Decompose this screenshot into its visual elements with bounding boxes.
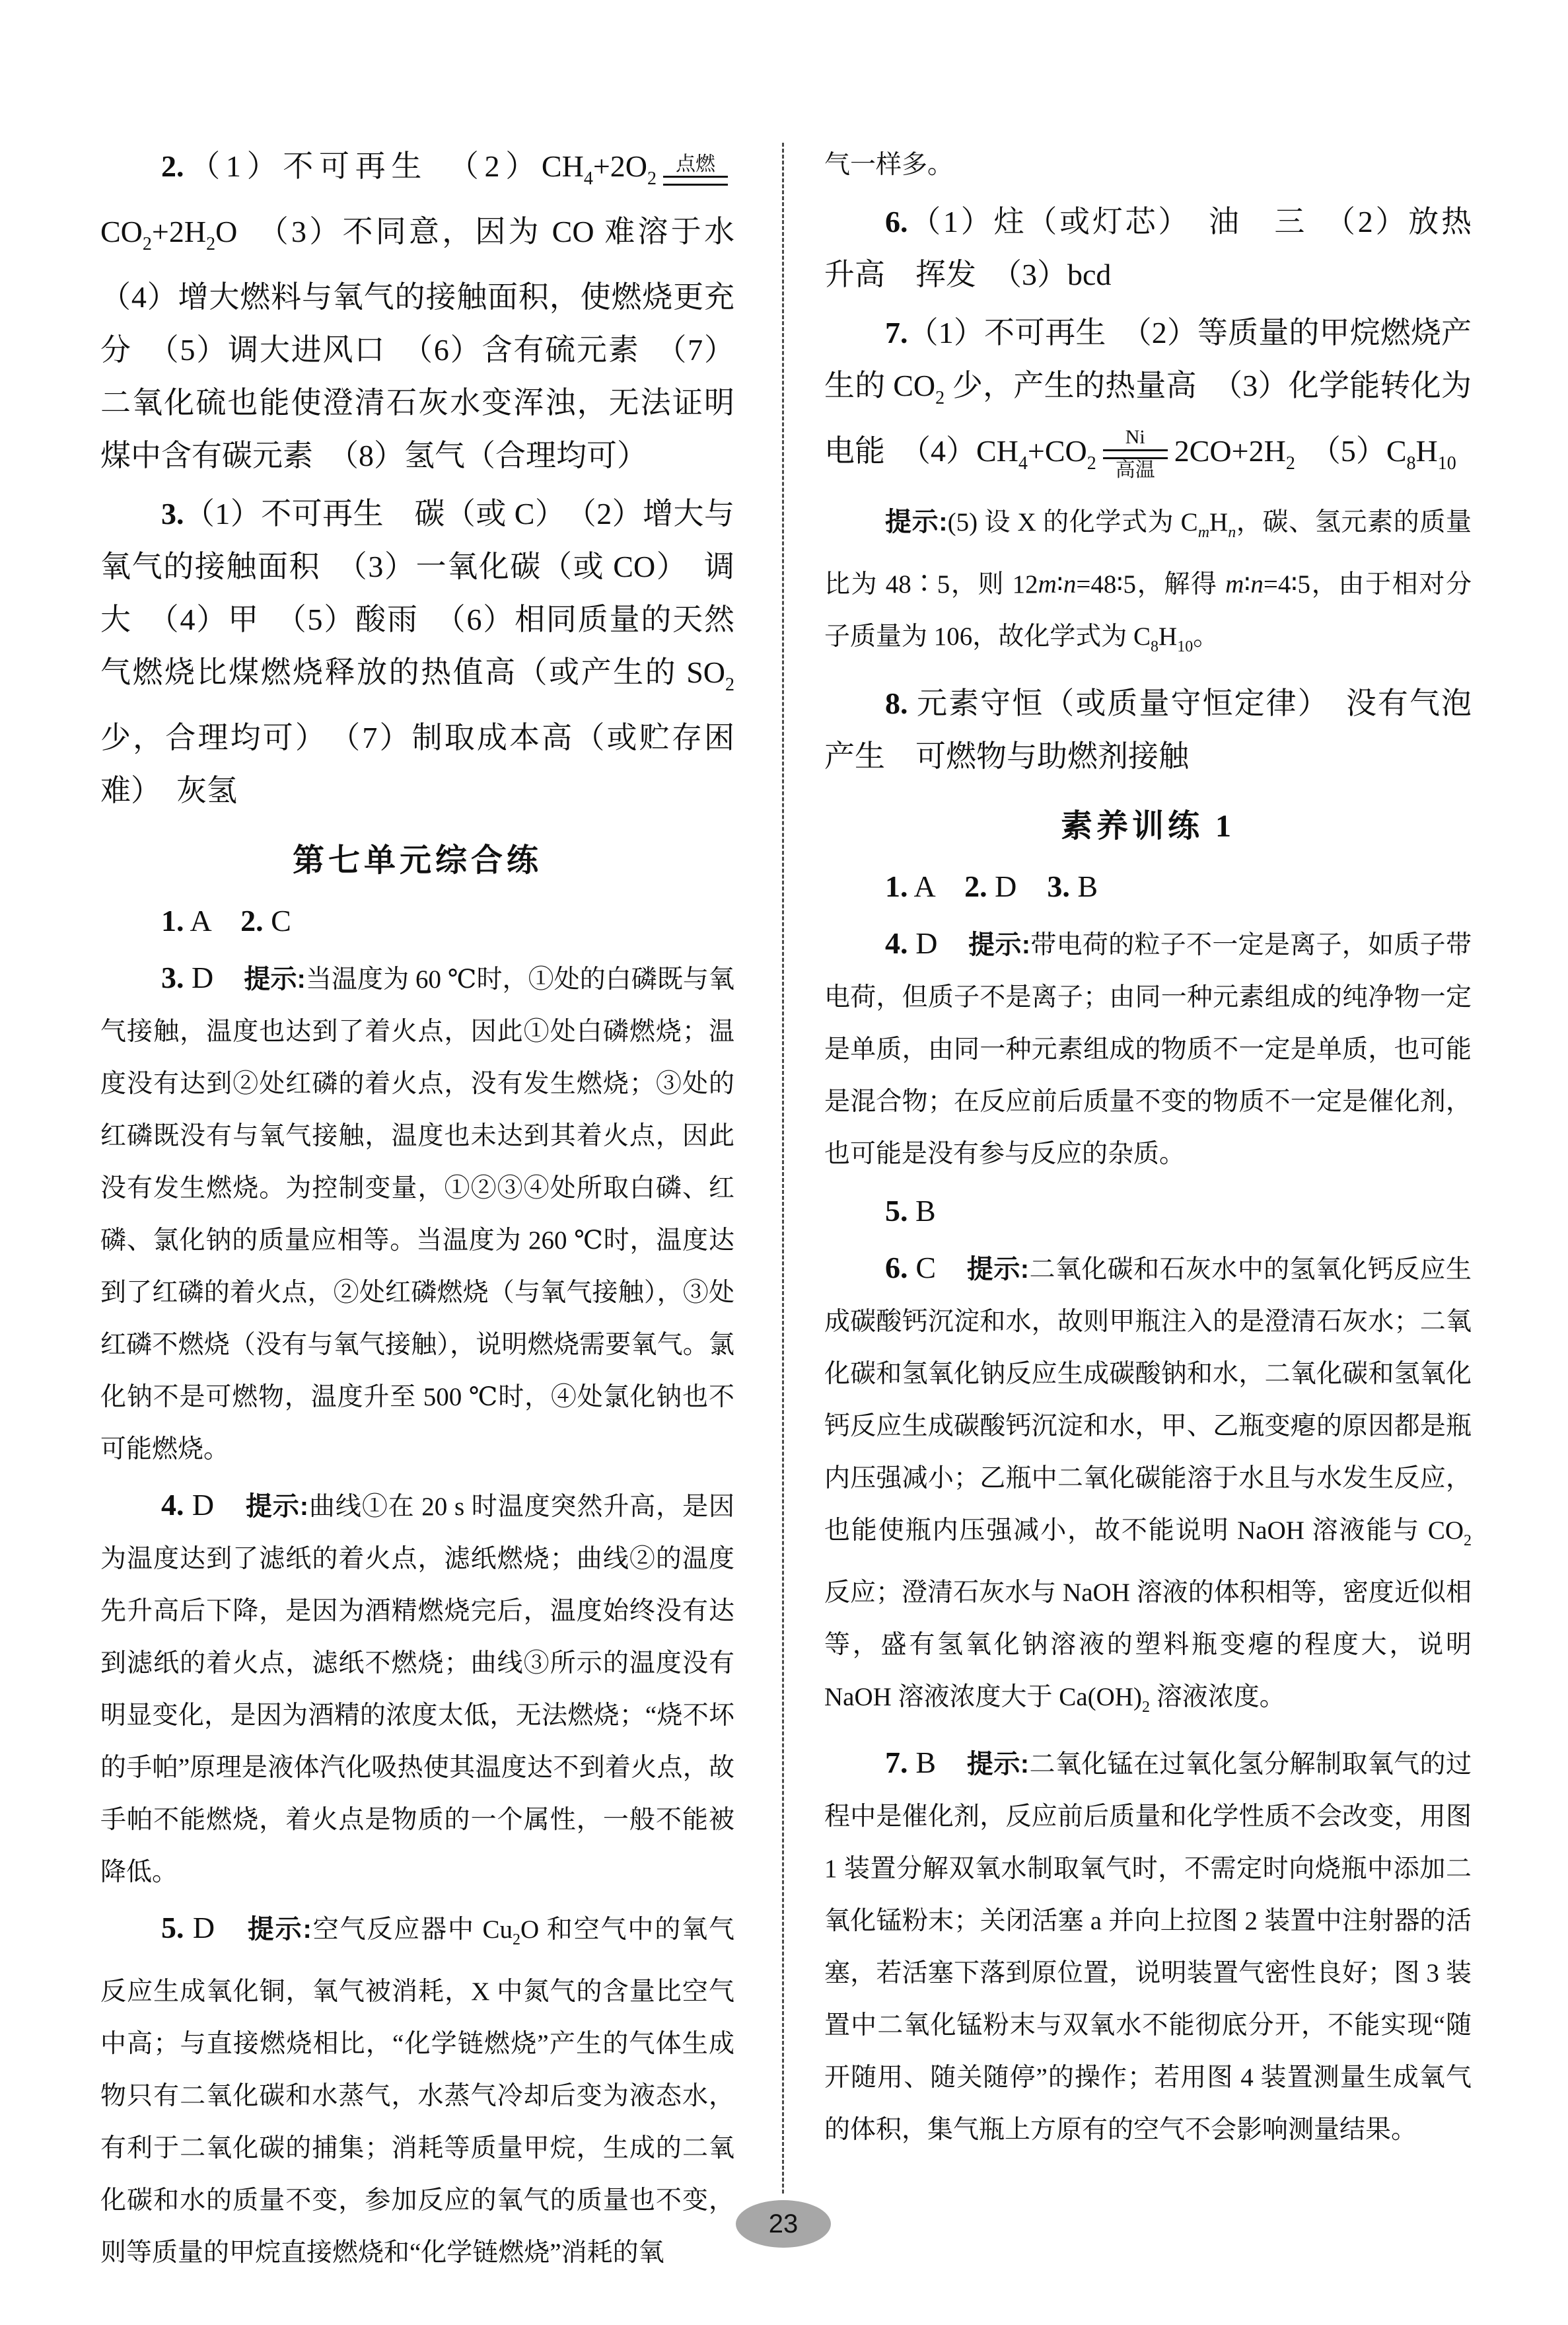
text-run: 带电荷的粒子不一定是离子，如质子带电荷，但质子不是离子；由同一种元素组成的纯净物… [824, 931, 1472, 1168]
double-equals-line [663, 176, 728, 186]
text-run: ∶ [1057, 570, 1063, 599]
text-run: (5) 设 X 的化学式为 C [948, 508, 1198, 536]
text-run: （1）不可再生 碳（或 C） （2）增大与氧气的接触面积 （3）一氧化碳（或 C… [100, 497, 734, 689]
reaction-condition-equals: 点燃 [663, 153, 728, 186]
answer-item-6-hint: 6. C 提示:二氧化碳和石灰水中的氢氧化钙反应生成碳酸钙沉淀和水，故则甲瓶注入… [824, 1243, 1472, 1732]
text-run: 2 [1087, 453, 1096, 474]
text-run: 1. [161, 904, 184, 938]
answer-key-page: 2.（1）不可再生 （2）CH4+2O2点燃CO2+2H2O （3）不同意，因为… [0, 0, 1568, 2325]
text-run: 4. [885, 926, 908, 960]
text-run: 元素守恒（或质量守恒定律） 没有气泡产生 可燃物与助燃剂接触 [824, 686, 1472, 773]
section-heading-unit7: 第七单元综合练 [100, 834, 734, 880]
answer-item-5-b: 5. B [824, 1185, 1472, 1237]
answer-item-7: 7.（1）不可再生 （2）等质量的甲烷燃烧产生的 CO2 少，产生的热量高 （3… [824, 307, 1472, 490]
text-run: D [184, 961, 244, 994]
text-run: H [1416, 434, 1438, 468]
left-column: 2.（1）不可再生 （2）CH4+2O2点燃CO2+2H2O （3）不同意，因为… [100, 140, 734, 2283]
text-run: 气一样多。 [824, 151, 953, 179]
text-run: H [1158, 622, 1177, 651]
text-run: 3. [161, 961, 184, 994]
text-run: 二氧化碳和石灰水中的氢氧化钙反应生成碳酸钙沉淀和水，故则甲瓶注入的是澄清石灰水；… [824, 1255, 1472, 1545]
text-run: +2H [152, 215, 206, 248]
text-run: 2 [725, 675, 734, 695]
page-number-badge: 23 [736, 2200, 831, 2248]
text-run: CO [100, 215, 143, 248]
text-run: H [1209, 508, 1228, 536]
text-run: 8 [1407, 453, 1416, 474]
text-run: 提示: [968, 930, 1030, 959]
text-run: 3. [1047, 869, 1070, 903]
condition-above-line: 点燃 [673, 153, 718, 176]
text-run: 。 [1193, 622, 1219, 651]
text-run: 2 [513, 1931, 520, 1948]
condition-below-line: 高温 [1113, 459, 1158, 482]
text-run: 5. [161, 1911, 184, 1944]
text-run: C [908, 1251, 967, 1284]
section-heading-suyang-1: 素养训练 1 [824, 800, 1472, 846]
text-run: 空气反应器中 Cu [312, 1915, 513, 1944]
text-run: 4. [161, 1488, 184, 1522]
text-run: 10 [1438, 453, 1456, 474]
answer-item-4-hint-2: 4. D 提示:带电荷的粒子不一定是离子，如质子带电荷，但质子不是离子；由同一种… [824, 918, 1472, 1179]
hint-item-7-5: 提示:(5) 设 X 的化学式为 CmHn，碳、氢元素的质量比为 48∶5，则 … [824, 496, 1472, 672]
answer-item-2: 2.（1）不可再生 （2）CH4+2O2点燃CO2+2H2O （3）不同意，因为… [100, 140, 734, 482]
text-run: n [1063, 570, 1077, 599]
text-run: 2 [1286, 453, 1295, 474]
text-run: 提示: [248, 1915, 312, 1944]
right-column: 气一样多。6.（1）炷（或灯芯） 油 三 （2）放热 升高 挥发 （3）bcd7… [824, 140, 1472, 2160]
text-run: B [908, 1746, 967, 1779]
text-run: 1. [885, 869, 908, 903]
text-run: 2CO+2H [1174, 434, 1286, 468]
text-run: 2 [935, 388, 944, 408]
double-equals-line [1103, 449, 1168, 459]
page-number: 23 [769, 2209, 799, 2239]
text-run: 2 [143, 234, 152, 254]
text-run: O 和空气中的氧气反应生成氧化铜，氧气被消耗，X 中氮气的含量比空气中高；与直接… [100, 1915, 734, 2267]
text-run: 2 [1142, 1699, 1150, 1716]
text-run: （1）不可再生 （2）CH [184, 149, 584, 183]
text-run: （5）C [1295, 434, 1407, 468]
text-run: D [987, 869, 1048, 903]
text-run: 反应；澄清石灰水与 NaOH 溶液的体积相等，密度近似相等，盛有氢氧化钠溶液的塑… [824, 1516, 1478, 1711]
text-run: 2 [206, 234, 215, 254]
condition-above-line: Ni [1123, 426, 1148, 449]
text-run: 2. [240, 904, 264, 938]
text-run: 提示: [967, 1255, 1029, 1284]
text-run: n [1228, 524, 1236, 541]
text-run: ∶ [1244, 570, 1250, 599]
text-run: A [908, 869, 965, 903]
text-run: 当温度为 60 ℃时，①处的白磷既与氧气接触，温度也达到了着火点，因此①处白磷燃… [100, 965, 734, 1463]
text-run: 6. [885, 1251, 908, 1284]
text-run: 2. [964, 869, 987, 903]
text-run: n [1250, 570, 1264, 599]
text-run: （1）炷（或灯芯） 油 三 （2）放热 升高 挥发 （3）bcd [824, 205, 1502, 291]
answer-item-7-hint: 7. B 提示:二氧化锰在过氧化氢分解制取氧气的过程中是催化剂，反应前后质量和化… [824, 1738, 1472, 2155]
answer-item-6: 6.（1）炷（或灯芯） 油 三 （2）放热 升高 挥发 （3）bcd [824, 196, 1472, 301]
text-run: 提示: [885, 507, 948, 536]
answer-item-5-hint: 5. D 提示:空气反应器中 Cu2O 和空气中的氧气反应生成氧化铜，氧气被消耗… [100, 1903, 734, 2278]
text-run: 10 [1177, 638, 1193, 655]
text-run: 6. [885, 205, 908, 239]
text-run: 2 [1464, 1532, 1472, 1549]
text-run: 7. [885, 1746, 908, 1779]
text-run: 提示: [967, 1750, 1029, 1779]
answer-item-3-hint: 3. D 提示:当温度为 60 ℃时，①处的白磷既与氧气接触，温度也达到了着火点… [100, 953, 734, 1475]
text-run: 溶液浓度。 [1150, 1683, 1285, 1711]
text-run: 3. [161, 497, 184, 531]
text-run: 4 [584, 168, 593, 189]
text-run: 曲线①在 20 s 时温度突然升高，是因为温度达到了滤纸的着火点，滤纸燃烧；曲线… [100, 1493, 734, 1886]
text-run: C [264, 904, 291, 938]
answer-item-4-hint: 4. D 提示:曲线①在 20 s 时温度突然升高，是因为温度达到了滤纸的着火点… [100, 1480, 734, 1898]
text-run: O （3）不同意，因为 CO 难溶于水 （4）增大燃料与氧气的接触面积，使燃烧更… [100, 215, 765, 472]
hint-continuation: 气一样多。 [824, 140, 1472, 190]
text-run: 2 [647, 168, 657, 189]
text-run: m [1038, 570, 1057, 599]
text-run: m [1198, 524, 1209, 541]
text-run: 7. [885, 316, 908, 350]
text-run: +2O [593, 149, 647, 183]
text-run: 8. [885, 686, 908, 720]
text-run: 二氧化锰在过氧化氢分解制取氧气的过程中是催化剂，反应前后质量和化学性质不会改变，… [824, 1750, 1478, 2144]
text-run: 提示: [244, 965, 305, 994]
text-run: =48∶5，解得 [1076, 570, 1225, 599]
text-run: D [908, 926, 969, 960]
column-divider-dashed-line [782, 143, 784, 2194]
text-run: D [184, 1911, 248, 1944]
text-run: m [1225, 570, 1244, 599]
text-run: B [1070, 869, 1098, 903]
text-run: 8 [1151, 638, 1158, 655]
text-run: 5. [885, 1194, 908, 1228]
answers-row-1: 1. A 2. C [100, 895, 734, 947]
text-run: +CO [1028, 434, 1087, 468]
answers-row-2: 1. A 2. D 3. B [824, 860, 1472, 913]
reaction-condition-equals: Ni高温 [1103, 426, 1168, 482]
text-run: 4 [1018, 453, 1028, 474]
answer-item-3: 3.（1）不可再生 碳（或 C） （2）增大与氧气的接触面积 （3）一氧化碳（或… [100, 488, 734, 817]
answer-item-8: 8. 元素守恒（或质量守恒定律） 没有气泡产生 可燃物与助燃剂接触 [824, 677, 1472, 783]
text-run: 2. [161, 149, 184, 183]
text-run: B [908, 1194, 936, 1228]
text-run: A [184, 904, 241, 938]
text-run: 提示: [246, 1492, 308, 1521]
text-run: D [184, 1488, 246, 1522]
